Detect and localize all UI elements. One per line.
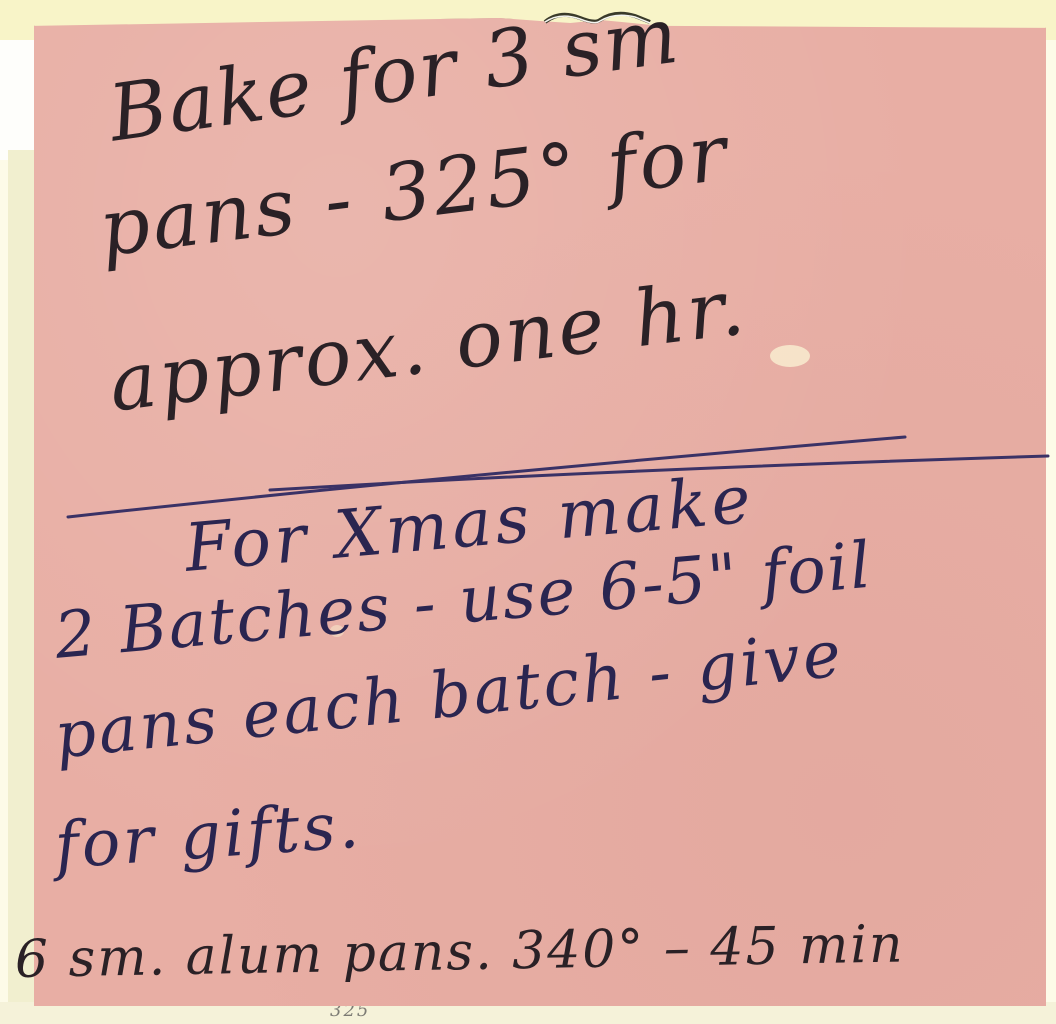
background-paper-left (0, 40, 36, 160)
underlying-paper-left (8, 150, 38, 1024)
paper-stain (770, 345, 810, 367)
